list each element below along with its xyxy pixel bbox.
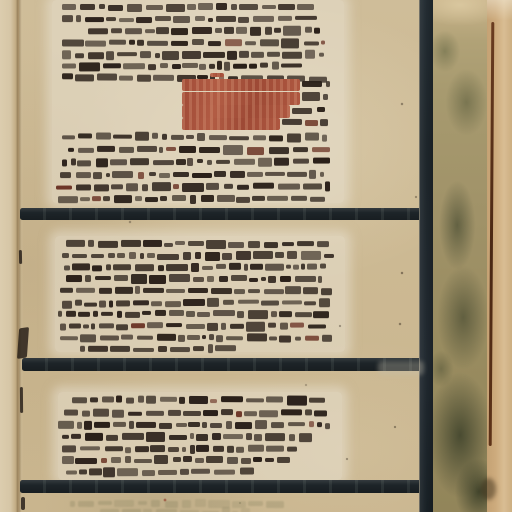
script-stroke bbox=[146, 5, 163, 10]
script-stroke bbox=[303, 287, 318, 294]
script-stroke bbox=[244, 264, 248, 271]
script-stroke bbox=[62, 4, 76, 10]
script-stroke bbox=[160, 63, 168, 68]
script-stroke bbox=[153, 160, 174, 165]
script-stroke bbox=[60, 173, 71, 178]
script-line bbox=[62, 252, 334, 260]
script-stroke bbox=[119, 18, 134, 22]
script-stroke bbox=[135, 196, 142, 201]
script-stroke bbox=[196, 434, 208, 441]
script-stroke bbox=[246, 398, 264, 403]
script-stroke bbox=[149, 172, 156, 177]
adjacent-page-edge bbox=[0, 0, 19, 512]
script-stroke bbox=[248, 501, 263, 506]
script-stroke bbox=[213, 310, 235, 317]
script-stroke bbox=[98, 501, 112, 505]
script-stroke bbox=[320, 120, 328, 127]
script-stroke bbox=[254, 435, 262, 441]
script-stroke bbox=[225, 39, 242, 46]
script-stroke bbox=[113, 134, 131, 138]
script-stroke bbox=[205, 252, 220, 260]
script-stroke bbox=[149, 275, 166, 284]
script-stroke bbox=[279, 336, 291, 342]
script-stroke bbox=[138, 501, 147, 505]
script-stroke bbox=[287, 447, 297, 452]
script-stroke bbox=[274, 158, 289, 166]
script-stroke bbox=[280, 276, 291, 281]
script-stroke bbox=[110, 345, 130, 351]
script-stroke bbox=[75, 74, 93, 81]
script-stroke bbox=[295, 336, 301, 341]
edge-blotch bbox=[481, 478, 496, 500]
script-stroke bbox=[206, 240, 225, 249]
script-stroke bbox=[60, 336, 78, 340]
script-stroke bbox=[195, 499, 206, 507]
script-stroke bbox=[158, 265, 165, 271]
ink-mark bbox=[21, 497, 25, 510]
script-stroke bbox=[216, 160, 230, 164]
script-stroke bbox=[62, 39, 84, 46]
script-stroke bbox=[72, 263, 90, 270]
script-stroke bbox=[195, 16, 206, 21]
script-stroke bbox=[112, 171, 134, 178]
script-stroke bbox=[117, 52, 137, 56]
script-stroke bbox=[207, 160, 211, 164]
script-stroke bbox=[228, 242, 244, 248]
script-stroke bbox=[135, 132, 149, 141]
script-stroke bbox=[103, 468, 115, 478]
script-stroke bbox=[105, 446, 123, 451]
script-stroke bbox=[239, 51, 249, 58]
script-stroke bbox=[305, 26, 311, 33]
script-line bbox=[56, 182, 330, 191]
script-stroke bbox=[80, 4, 95, 9]
script-stroke bbox=[131, 323, 145, 328]
script-stroke bbox=[159, 423, 172, 429]
script-stroke bbox=[117, 311, 122, 317]
script-stroke bbox=[278, 183, 300, 189]
script-stroke bbox=[222, 253, 232, 260]
script-stroke bbox=[92, 196, 100, 201]
script-stroke bbox=[234, 159, 255, 165]
script-stroke bbox=[321, 41, 325, 45]
script-stroke bbox=[236, 411, 242, 417]
script-stroke bbox=[238, 300, 259, 304]
script-stroke bbox=[62, 456, 74, 465]
script-stroke bbox=[165, 301, 181, 307]
script-stroke bbox=[260, 40, 278, 47]
script-stroke bbox=[202, 422, 207, 428]
script-stroke bbox=[62, 50, 71, 59]
script-stroke bbox=[308, 324, 325, 328]
script-stroke bbox=[318, 276, 322, 283]
script-stroke bbox=[286, 264, 291, 268]
script-stroke bbox=[183, 299, 205, 306]
script-stroke bbox=[216, 263, 226, 269]
script-stroke bbox=[269, 135, 283, 141]
script-stroke bbox=[173, 184, 179, 189]
script-stroke bbox=[212, 433, 221, 440]
script-stroke bbox=[169, 435, 187, 440]
script-stroke bbox=[190, 445, 195, 454]
script-stroke bbox=[282, 52, 301, 58]
script-stroke bbox=[222, 507, 230, 512]
script-stroke bbox=[106, 264, 111, 270]
script-line bbox=[58, 310, 332, 318]
script-stroke bbox=[60, 323, 66, 330]
script-stroke bbox=[153, 75, 174, 81]
script-stroke bbox=[187, 158, 193, 165]
script-stroke bbox=[117, 253, 125, 258]
script-stroke bbox=[245, 41, 256, 45]
script-stroke bbox=[64, 265, 70, 270]
script-stroke bbox=[230, 324, 244, 328]
script-stroke bbox=[108, 5, 123, 11]
script-stroke bbox=[94, 185, 109, 192]
script-stroke bbox=[133, 348, 153, 353]
script-line bbox=[282, 118, 328, 126]
script-stroke bbox=[88, 345, 108, 352]
script-stroke bbox=[62, 300, 72, 308]
script-stroke bbox=[325, 182, 330, 192]
script-stroke bbox=[322, 335, 332, 342]
script-stroke bbox=[77, 422, 82, 428]
script-stroke bbox=[248, 241, 260, 248]
script-stroke bbox=[173, 457, 182, 462]
script-stroke bbox=[166, 147, 176, 151]
script-stroke bbox=[192, 27, 211, 34]
script-stroke bbox=[182, 447, 186, 452]
script-stroke bbox=[122, 433, 144, 440]
script-stroke bbox=[129, 39, 135, 44]
script-stroke bbox=[88, 240, 93, 247]
script-stroke bbox=[125, 397, 133, 404]
script-stroke bbox=[236, 27, 248, 34]
script-stroke bbox=[251, 52, 264, 58]
script-stroke bbox=[304, 301, 317, 306]
script-stroke bbox=[123, 63, 145, 69]
script-stroke bbox=[157, 334, 176, 341]
script-stroke bbox=[252, 196, 264, 200]
script-stroke bbox=[154, 455, 168, 464]
vertical-rule bbox=[419, 0, 434, 512]
script-stroke bbox=[324, 254, 334, 258]
script-stroke bbox=[292, 108, 312, 114]
script-stroke bbox=[159, 173, 170, 178]
script-stroke bbox=[253, 16, 274, 22]
script-stroke bbox=[183, 456, 192, 462]
script-stroke bbox=[110, 159, 128, 165]
script-stroke bbox=[285, 287, 300, 295]
script-stroke bbox=[159, 147, 163, 153]
script-stroke bbox=[143, 288, 164, 293]
script-stroke bbox=[193, 277, 204, 282]
script-stroke bbox=[249, 278, 258, 282]
script-stroke bbox=[62, 63, 76, 69]
script-stroke bbox=[164, 243, 173, 248]
script-line bbox=[62, 456, 294, 464]
script-stroke bbox=[176, 159, 186, 166]
script-stroke bbox=[99, 4, 106, 9]
script-stroke bbox=[208, 18, 212, 22]
script-stroke bbox=[234, 289, 245, 294]
script-stroke bbox=[207, 323, 218, 331]
script-stroke bbox=[88, 28, 108, 34]
script-stroke bbox=[85, 432, 104, 440]
script-stroke bbox=[214, 171, 226, 178]
script-stroke bbox=[241, 457, 251, 464]
script-stroke bbox=[272, 62, 279, 69]
script-stroke bbox=[79, 469, 87, 474]
script-stroke bbox=[103, 63, 121, 69]
script-stroke bbox=[168, 410, 181, 416]
script-stroke bbox=[116, 301, 131, 307]
script-stroke bbox=[85, 40, 106, 47]
script-stroke bbox=[265, 433, 285, 442]
script-stroke bbox=[247, 172, 263, 177]
script-stroke bbox=[305, 50, 315, 59]
script-stroke bbox=[266, 446, 284, 452]
script-stroke bbox=[299, 433, 313, 442]
script-stroke bbox=[267, 52, 280, 57]
script-stroke bbox=[237, 185, 249, 190]
script-stroke bbox=[136, 422, 156, 428]
script-stroke bbox=[56, 185, 72, 189]
script-stroke bbox=[223, 145, 244, 155]
script-stroke bbox=[227, 446, 234, 453]
script-line bbox=[62, 132, 334, 141]
script-stroke bbox=[209, 64, 215, 69]
script-stroke bbox=[111, 457, 121, 463]
script-stroke bbox=[140, 253, 144, 260]
script-stroke bbox=[101, 458, 107, 462]
script-stroke bbox=[106, 435, 118, 441]
script-stroke bbox=[297, 4, 314, 10]
script-stroke bbox=[150, 445, 165, 451]
script-stroke bbox=[95, 276, 111, 280]
script-stroke bbox=[155, 310, 166, 316]
script-stroke bbox=[319, 52, 324, 56]
script-stroke bbox=[239, 4, 258, 10]
script-stroke bbox=[216, 3, 228, 9]
script-stroke bbox=[62, 15, 73, 21]
script-stroke bbox=[135, 286, 140, 295]
script-stroke bbox=[302, 92, 320, 101]
script-stroke bbox=[119, 76, 133, 81]
script-stroke bbox=[133, 301, 149, 306]
script-stroke bbox=[127, 4, 142, 11]
script-line bbox=[62, 298, 330, 308]
script-stroke bbox=[264, 457, 274, 462]
script-line bbox=[72, 395, 328, 405]
script-stroke bbox=[202, 265, 212, 270]
script-stroke bbox=[227, 457, 238, 464]
script-stroke bbox=[231, 275, 247, 281]
script-stroke bbox=[85, 275, 91, 282]
script-stroke bbox=[98, 241, 118, 248]
script-stroke bbox=[62, 253, 69, 257]
script-stroke bbox=[213, 446, 224, 452]
script-stroke bbox=[147, 253, 156, 259]
script-stroke bbox=[70, 501, 75, 507]
script-stroke bbox=[85, 17, 104, 22]
script-stroke bbox=[293, 147, 308, 152]
script-stroke bbox=[83, 324, 89, 329]
script-stroke bbox=[155, 16, 171, 20]
script-stroke bbox=[162, 51, 180, 60]
script-stroke bbox=[151, 500, 161, 507]
script-line bbox=[60, 287, 332, 295]
script-stroke bbox=[146, 396, 156, 404]
script-stroke bbox=[232, 501, 245, 508]
script-stroke bbox=[198, 3, 213, 10]
script-stroke bbox=[146, 432, 165, 441]
script-stroke bbox=[262, 5, 275, 9]
script-stroke bbox=[187, 335, 200, 340]
script-stroke bbox=[247, 334, 267, 342]
script-line bbox=[80, 345, 240, 353]
script-stroke bbox=[142, 470, 155, 476]
script-line bbox=[58, 195, 326, 203]
script-stroke bbox=[313, 311, 329, 318]
script-stroke bbox=[76, 287, 95, 292]
script-stroke bbox=[268, 276, 276, 283]
script-stroke bbox=[221, 409, 234, 415]
script-stroke bbox=[261, 277, 266, 281]
script-stroke bbox=[189, 395, 208, 403]
script-stroke bbox=[97, 146, 115, 152]
script-stroke bbox=[94, 422, 110, 428]
script-stroke bbox=[75, 300, 82, 306]
script-stroke bbox=[289, 434, 296, 441]
script-stroke bbox=[295, 312, 311, 317]
script-stroke bbox=[247, 147, 264, 155]
script-stroke bbox=[302, 81, 322, 88]
script-stroke bbox=[259, 410, 278, 416]
script-stroke bbox=[248, 310, 268, 319]
script-stroke bbox=[323, 94, 327, 99]
script-stroke bbox=[309, 421, 314, 427]
script-stroke bbox=[147, 322, 162, 328]
script-stroke bbox=[76, 184, 91, 190]
script-stroke bbox=[102, 396, 114, 402]
rubric-stripe bbox=[182, 118, 280, 130]
script-stroke bbox=[265, 27, 271, 34]
script-stroke bbox=[265, 264, 284, 271]
script-stroke bbox=[108, 253, 115, 257]
script-stroke bbox=[172, 64, 181, 69]
script-stroke bbox=[78, 147, 94, 152]
script-stroke bbox=[157, 254, 179, 260]
script-line bbox=[66, 240, 332, 248]
script-stroke bbox=[191, 263, 199, 273]
script-stroke bbox=[203, 52, 225, 58]
script-stroke bbox=[77, 160, 91, 166]
script-stroke bbox=[121, 239, 141, 247]
script-stroke bbox=[210, 423, 223, 428]
script-stroke bbox=[166, 289, 185, 293]
script-stroke bbox=[281, 63, 301, 67]
script-stroke bbox=[214, 470, 235, 475]
script-stroke bbox=[166, 323, 182, 327]
script-stroke bbox=[188, 288, 208, 292]
script-stroke bbox=[115, 286, 133, 293]
script-stroke bbox=[238, 17, 249, 23]
script-stroke bbox=[80, 446, 101, 451]
script-stroke bbox=[236, 447, 244, 453]
script-stroke bbox=[126, 184, 138, 192]
script-stroke bbox=[279, 311, 292, 318]
script-stroke bbox=[76, 15, 82, 22]
ghost-text-line bbox=[70, 500, 290, 508]
script-stroke bbox=[182, 500, 191, 508]
script-stroke bbox=[282, 242, 295, 246]
script-stroke bbox=[195, 252, 201, 259]
script-stroke bbox=[152, 133, 158, 139]
script-stroke bbox=[317, 241, 329, 247]
script-stroke bbox=[244, 411, 257, 416]
script-stroke bbox=[128, 411, 143, 415]
script-stroke bbox=[319, 299, 330, 308]
script-stroke bbox=[90, 397, 98, 402]
rule-junction-smudge bbox=[378, 361, 424, 375]
script-stroke bbox=[317, 107, 325, 112]
script-stroke bbox=[69, 324, 81, 329]
script-stroke bbox=[199, 64, 205, 70]
script-stroke bbox=[305, 409, 312, 415]
script-stroke bbox=[281, 38, 299, 48]
script-stroke bbox=[109, 301, 113, 307]
script-stroke bbox=[224, 62, 230, 70]
script-line bbox=[302, 93, 332, 101]
script-stroke bbox=[58, 196, 78, 203]
script-stroke bbox=[82, 411, 89, 416]
script-stroke bbox=[142, 184, 147, 191]
script-stroke bbox=[314, 27, 320, 34]
script-stroke bbox=[322, 135, 328, 142]
script-stroke bbox=[62, 135, 75, 139]
script-line bbox=[60, 171, 324, 179]
manuscript-page-photo bbox=[0, 0, 512, 512]
script-stroke bbox=[197, 312, 209, 317]
script-stroke bbox=[219, 276, 228, 282]
script-stroke bbox=[229, 263, 241, 270]
script-stroke bbox=[287, 251, 297, 258]
script-stroke bbox=[321, 288, 332, 295]
script-stroke bbox=[72, 254, 87, 259]
script-stroke bbox=[253, 457, 262, 462]
script-stroke bbox=[156, 27, 168, 34]
script-stroke bbox=[143, 240, 162, 247]
script-stroke bbox=[68, 148, 74, 152]
script-stroke bbox=[89, 468, 102, 475]
script-stroke bbox=[291, 196, 307, 202]
script-stroke bbox=[93, 172, 103, 179]
script-stroke bbox=[223, 300, 234, 305]
script-stroke bbox=[216, 16, 236, 22]
script-stroke bbox=[84, 302, 97, 306]
script-stroke bbox=[114, 195, 132, 204]
script-stroke bbox=[112, 410, 125, 417]
script-stroke bbox=[317, 422, 322, 428]
script-stroke bbox=[137, 75, 150, 82]
script-stroke bbox=[282, 119, 302, 126]
script-stroke bbox=[91, 323, 95, 329]
script-stroke bbox=[148, 64, 157, 70]
fore-edge-stain-strip bbox=[433, 0, 487, 512]
script-line bbox=[62, 445, 302, 454]
script-stroke bbox=[171, 134, 184, 140]
